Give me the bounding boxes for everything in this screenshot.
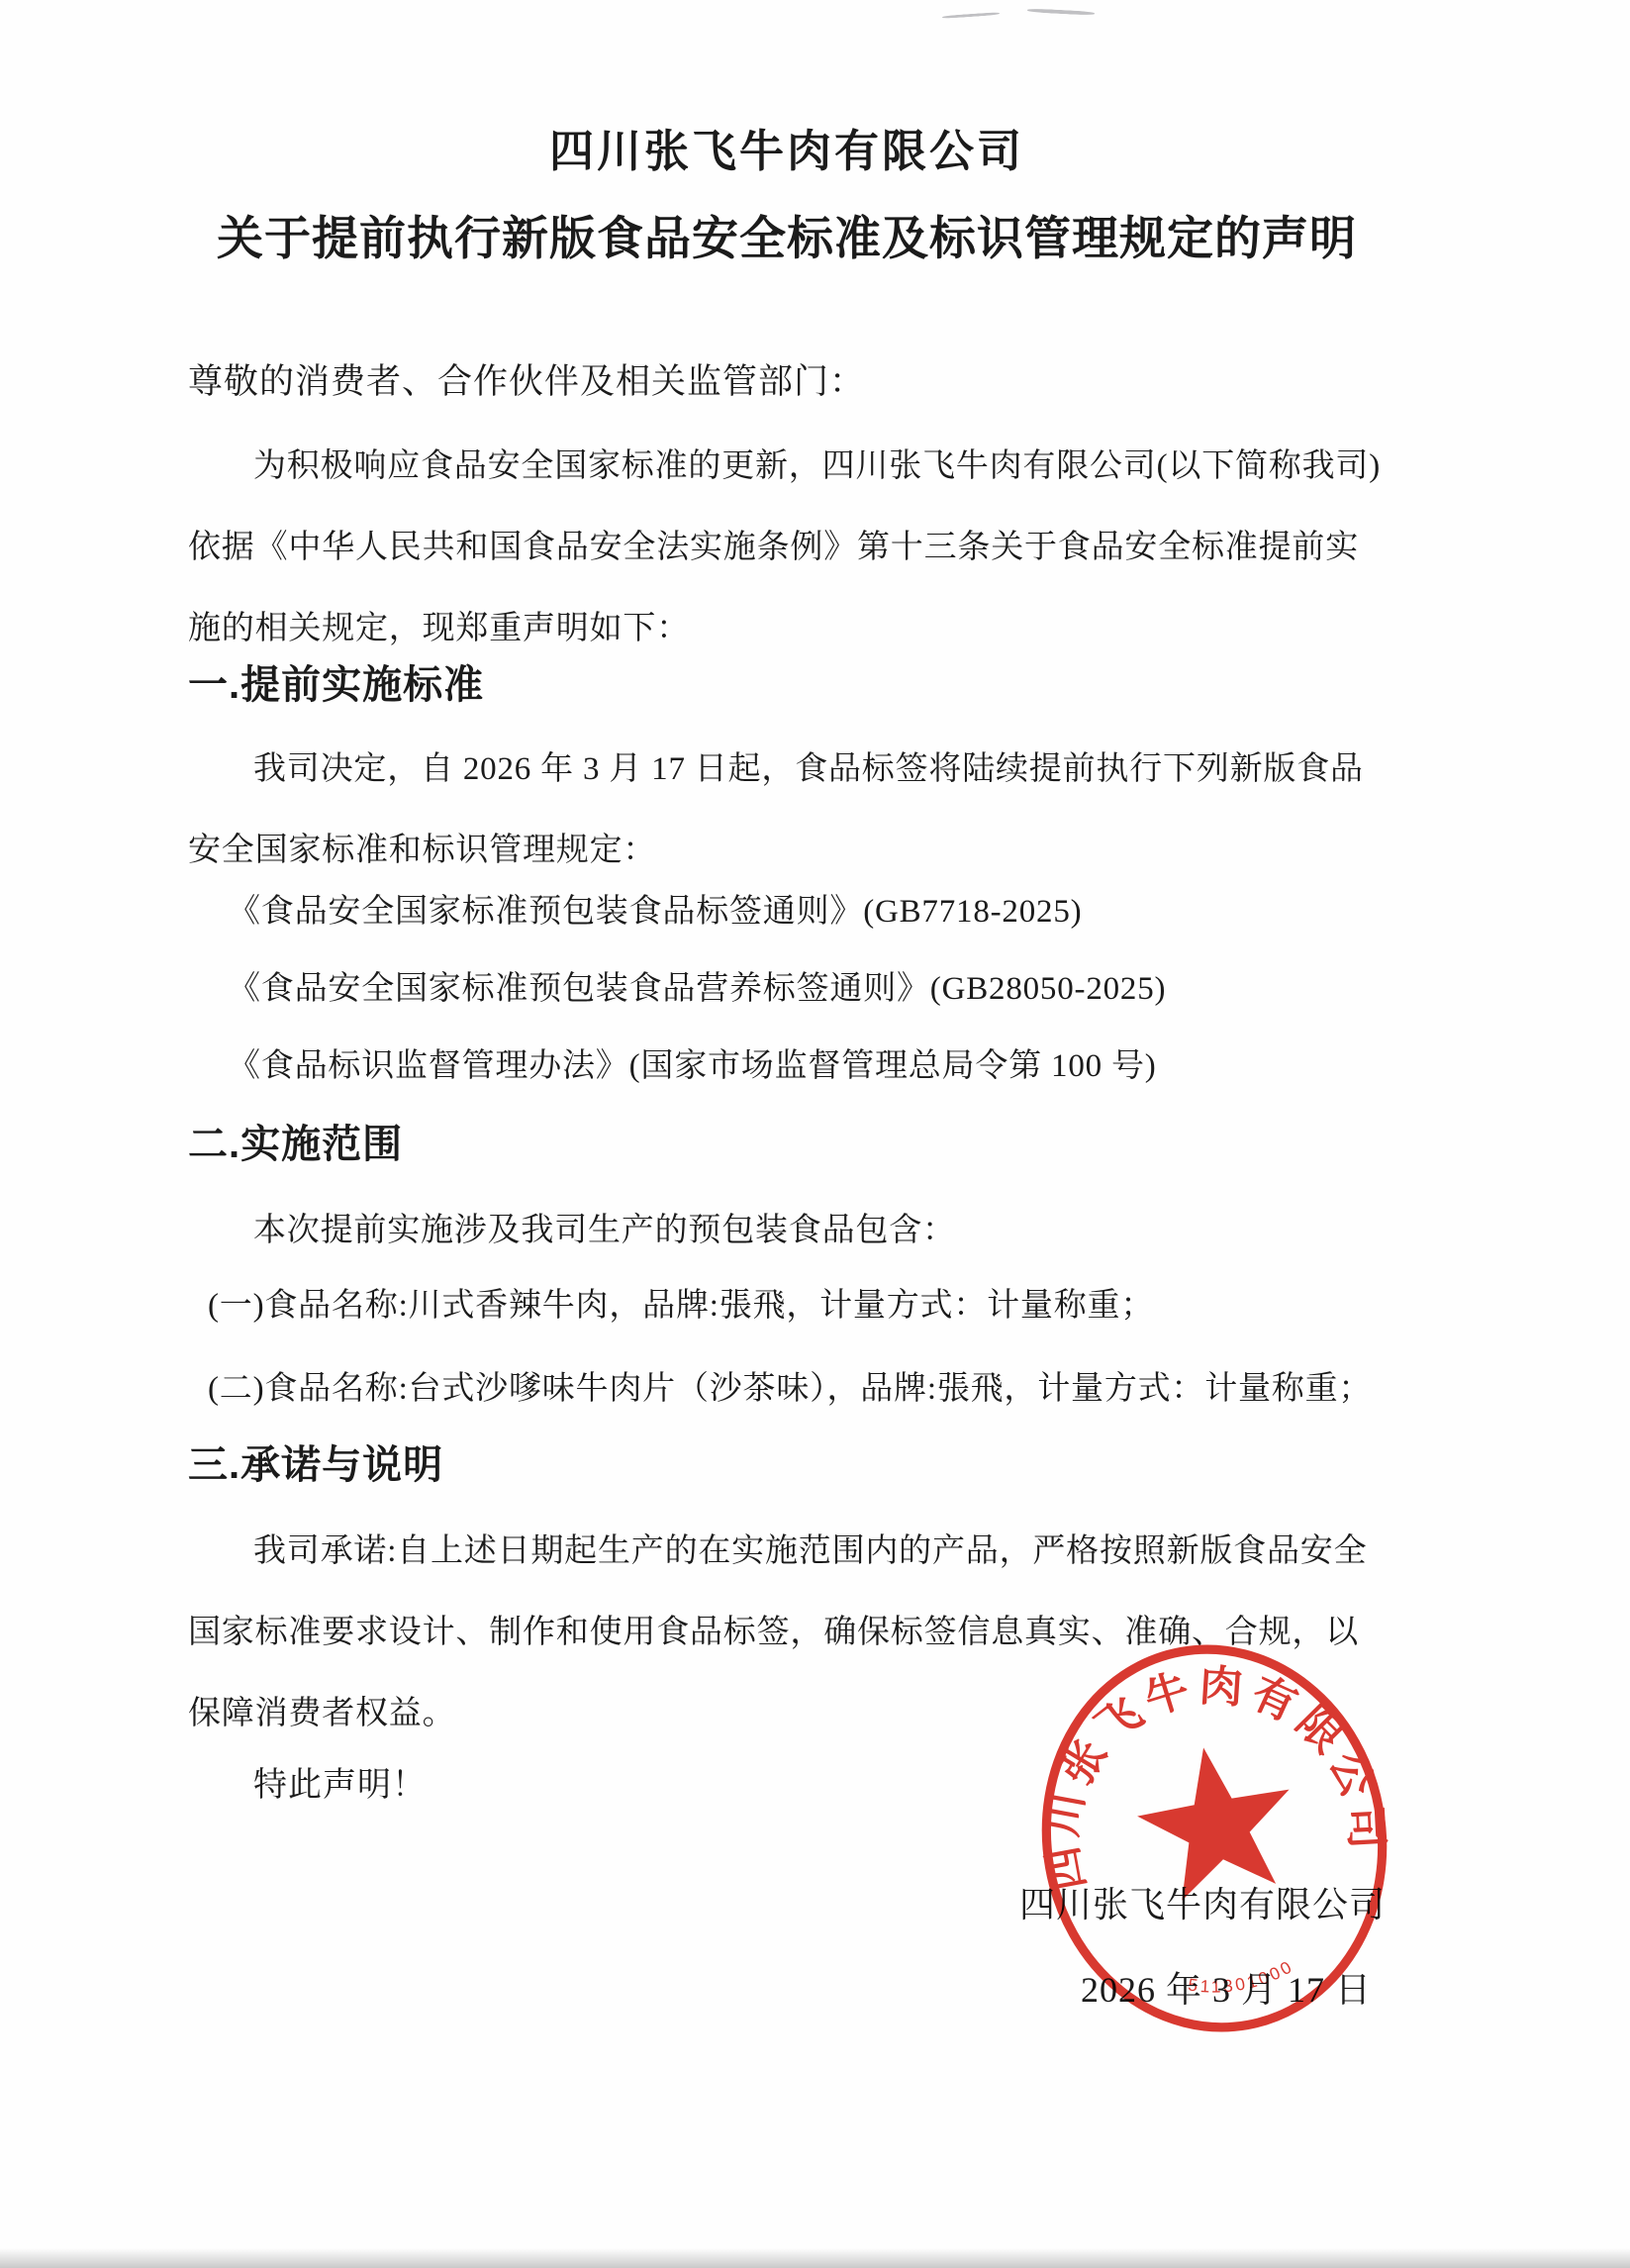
standard-item-2: 《食品安全国家标准预包装食品营养标签通则》(GB28050-2025) <box>188 948 1435 1030</box>
intro-paragraph: 为积极响应食品安全国家标准的更新，四川张飞牛肉有限公司(以下简称我司)依据《中华… <box>188 426 1390 669</box>
section-1-body: 我司决定，自 2026 年 3 月 17 日起，食品标签将陆续提前执行下列新版食… <box>188 729 1390 891</box>
standard-item-1: 《食品安全国家标准预包装食品标签通则》(GB7718-2025) <box>188 871 1435 952</box>
seal-serial-number: 511301000 <box>1184 1954 1299 2003</box>
company-seal: 四川张飞牛肉有限公司 511301000 <box>978 1594 1451 2084</box>
section-3-heading: 三.承诺与说明 <box>188 1433 1390 1490</box>
stamp-star-icon <box>1127 1734 1304 1906</box>
scan-artifact <box>942 12 1000 19</box>
product-item-1: (一)食品名称:川式香辣牛肉，品牌:張飛，计量方式：计量称重； <box>188 1265 1435 1346</box>
section-2-heading: 二.实施范围 <box>188 1113 1390 1169</box>
section-1-heading: 一.提前实施标准 <box>188 653 1390 710</box>
scan-artifact <box>1027 8 1095 16</box>
document-page: 四川张飞牛肉有限公司 关于提前执行新版食品安全标准及标识管理规定的声明 尊敬的消… <box>0 0 1630 2268</box>
company-seal-graphic: 四川张飞牛肉有限公司 511301000 <box>978 1594 1451 2084</box>
standard-item-3: 《食品标识监督管理办法》(国家市场监督管理总局令第 100 号) <box>188 1026 1435 1107</box>
scan-edge-shadow <box>0 2248 1630 2268</box>
section-2-body: 本次提前实施涉及我司生产的预包装食品包含： <box>188 1190 1390 1271</box>
company-title: 四川张飞牛肉有限公司 <box>188 115 1386 179</box>
product-item-2: (二)食品名称:台式沙嗲味牛肉片（沙茶味），品牌:張飛，计量方式：计量称重； <box>188 1348 1435 1430</box>
salutation: 尊敬的消费者、合作伙伴及相关监管部门： <box>188 354 1390 404</box>
svg-text:511301000: 511301000 <box>1184 1954 1299 2003</box>
document-title: 关于提前执行新版食品安全标准及标识管理规定的声明 <box>119 202 1455 268</box>
